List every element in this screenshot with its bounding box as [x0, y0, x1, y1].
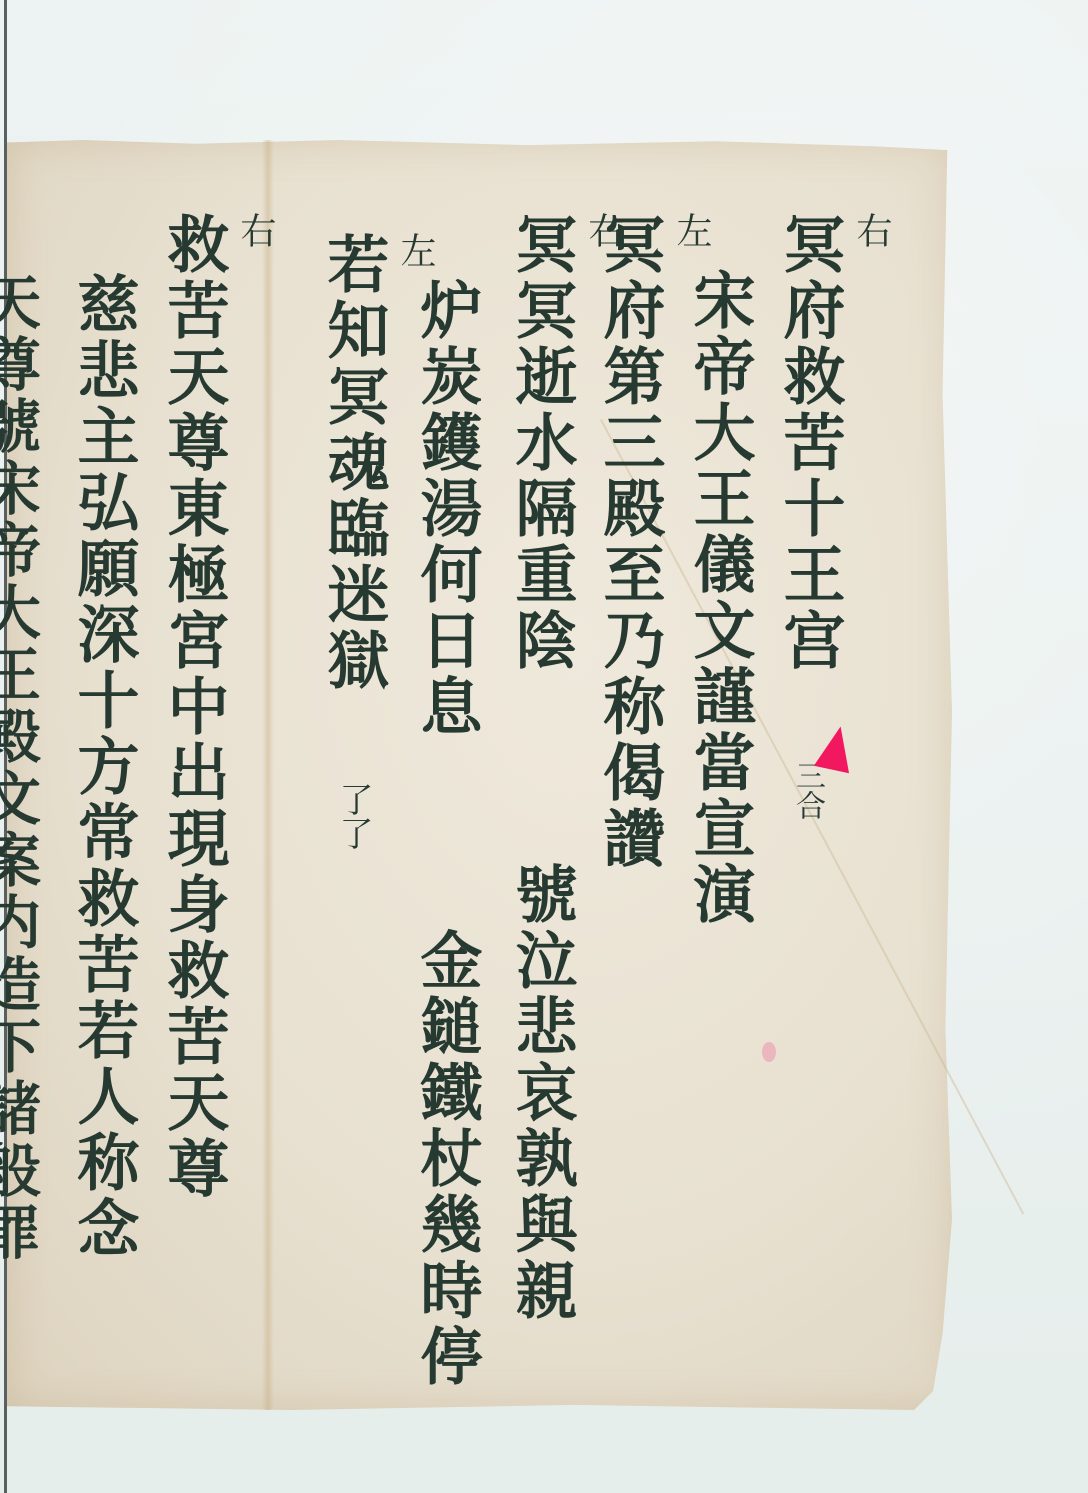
pink-stain — [762, 1042, 776, 1062]
text-column-7: 右 救苦天尊東極宮中出現身救苦天尊 — [162, 212, 286, 1202]
text-column-9-cut: 天尊號宋帝大王殿文案内造下諸般罪 — [0, 272, 36, 1264]
repeat-mark-note: 了了 — [336, 782, 370, 850]
column-label: 右 — [237, 212, 273, 252]
column-text: 救苦天尊東極宮中出現身救苦天尊 — [157, 212, 230, 1202]
text-column-1: 右 冥府救苦十王宫 — [778, 212, 902, 674]
column-text: 冥府救苦十王宫 — [773, 212, 846, 674]
column-text: 天尊號宋帝大王殿文案内造下諸般罪 — [0, 272, 41, 1264]
margin-note-sanhe: 三合 — [792, 760, 822, 820]
column-text: 慈悲主弘願深十方常救苦若人称念 — [67, 272, 140, 1262]
column-text-lower: 金鎚鐵杖幾時停 — [410, 928, 483, 1390]
column-label: 左 — [397, 232, 433, 272]
column-text: 若知冥魂臨迷獄 — [317, 232, 390, 694]
column-label: 左 — [673, 212, 709, 252]
column-label: 右 — [853, 212, 889, 252]
column-text-lower: 號泣悲哀孰與親 — [505, 862, 578, 1324]
column-label: 右 — [585, 212, 621, 252]
text-column-6: 左 若知冥魂臨迷獄 — [322, 232, 446, 694]
column-text-upper: 冥冥逝水隔重陰 — [505, 212, 578, 674]
text-column-8: 慈悲主弘願深十方常救苦若人称念 — [72, 272, 134, 1262]
text-column-4: 右 冥冥逝水隔重陰 號泣悲哀孰與親 — [510, 212, 634, 1324]
